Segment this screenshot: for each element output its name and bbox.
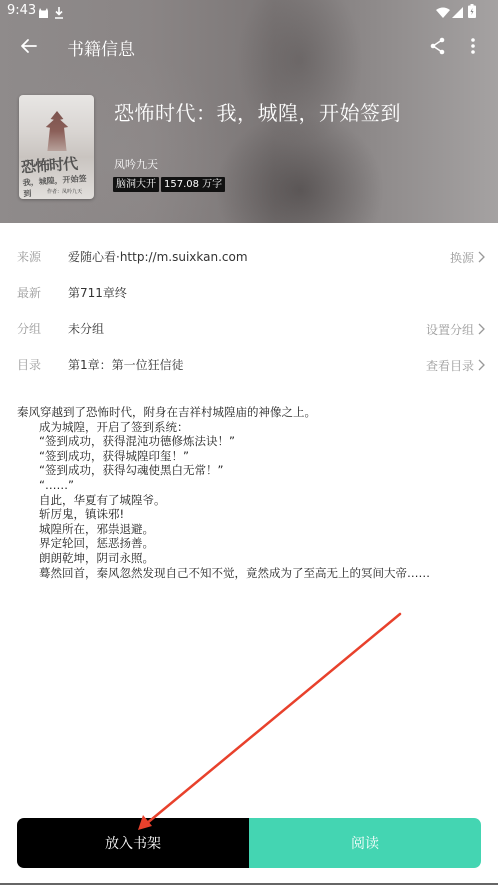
intro-line: 朗朗乾坤，阴司永照。 bbox=[17, 551, 487, 566]
book-tags: 脑洞大开 157.08 万字 bbox=[113, 177, 225, 192]
wifi-icon bbox=[436, 4, 450, 23]
intro-line: 秦风穿越到了恐怖时代，附身在吉祥村城隍庙的神像之上。 bbox=[17, 405, 487, 420]
intro-line: “签到成功，获得勾魂使黑白无常！” bbox=[17, 463, 487, 478]
info-value: 第1章：第一位狂信徒 bbox=[68, 356, 184, 373]
book-title: 恐怖时代：我，城隍，开始签到 bbox=[114, 97, 401, 126]
intro-line: 斩厉鬼，镇诛邪! bbox=[17, 507, 487, 522]
intro-line: 城隍所在，邪祟退避。 bbox=[17, 522, 487, 537]
add-to-bookshelf-button[interactable]: 放入书架 bbox=[17, 818, 249, 868]
cover-author-art: 作者：凤吟九天 bbox=[47, 188, 82, 195]
info-row-toc[interactable]: 目录 第1章：第一位狂信徒 查看目录 bbox=[0, 346, 498, 382]
more-options-button[interactable] bbox=[463, 36, 483, 56]
status-bar: 9:43 bbox=[0, 0, 498, 22]
info-label: 来源 bbox=[17, 248, 41, 265]
chevron-right-icon bbox=[477, 251, 485, 263]
info-value: 爱随心看·http://m.suixkan.com bbox=[68, 248, 248, 265]
arrow-left-icon bbox=[16, 34, 42, 58]
intro-line: 界定轮回，惩恶扬善。 bbox=[17, 536, 487, 551]
info-label: 目录 bbox=[17, 356, 41, 373]
bottom-action-bar: 放入书架 阅读 bbox=[17, 818, 481, 868]
info-row-latest: 最新 第711章终 bbox=[0, 274, 498, 310]
info-label: 分组 bbox=[17, 320, 41, 337]
more-vertical-icon bbox=[463, 36, 483, 56]
intro-line: “签到成功，获得城隍印玺！” bbox=[17, 449, 487, 464]
tag-word-count: 157.08 万字 bbox=[161, 177, 225, 192]
android-notification-icon bbox=[38, 4, 49, 23]
app-toolbar: 书籍信息 bbox=[0, 22, 498, 70]
info-value: 未分组 bbox=[68, 320, 104, 337]
tag-category: 脑洞大开 bbox=[113, 177, 159, 192]
intro-line: “签到成功，获得混沌功德修炼法诀！” bbox=[17, 434, 487, 449]
info-row-group[interactable]: 分组 未分组 设置分组 bbox=[0, 310, 498, 346]
signal-icon bbox=[452, 4, 463, 23]
view-toc-button[interactable]: 查看目录 bbox=[426, 357, 474, 374]
cover-subtitle-art: 我，城隍，开始签到 bbox=[22, 173, 94, 199]
intro-line: “……” bbox=[17, 478, 487, 493]
book-author[interactable]: 凤吟九天 bbox=[114, 156, 158, 172]
status-time: 9:43 bbox=[7, 3, 36, 18]
intro-line: 成为城隍，开启了签到系统： bbox=[17, 420, 487, 435]
chevron-right-icon bbox=[477, 323, 485, 335]
info-value: 第711章终 bbox=[68, 284, 127, 301]
info-row-source[interactable]: 来源 爱随心看·http://m.suixkan.com 换源 bbox=[0, 238, 498, 274]
share-icon bbox=[428, 36, 448, 56]
page-title: 书籍信息 bbox=[67, 35, 135, 60]
battery-charging-icon bbox=[468, 3, 476, 22]
back-button[interactable] bbox=[16, 34, 42, 58]
info-label: 最新 bbox=[17, 284, 41, 301]
set-group-button[interactable]: 设置分组 bbox=[426, 321, 474, 338]
intro-line: 自此，华夏有了城隍爷。 bbox=[17, 493, 487, 508]
book-info-list: 来源 爱随心看·http://m.suixkan.com 换源 最新 第711章… bbox=[0, 238, 498, 382]
share-button[interactable] bbox=[428, 36, 448, 56]
book-introduction: 秦风穿越到了恐怖时代，附身在吉祥村城隍庙的神像之上。 成为城隍，开启了签到系统：… bbox=[17, 405, 487, 580]
chevron-right-icon bbox=[477, 359, 485, 371]
intro-line: 蓦然回首，秦风忽然发现自己不知不觉，竟然成为了至高无上的冥间大帝…… bbox=[17, 566, 487, 581]
change-source-button[interactable]: 换源 bbox=[450, 249, 474, 266]
download-icon bbox=[54, 4, 64, 23]
read-button[interactable]: 阅读 bbox=[249, 818, 481, 868]
book-cover[interactable]: 恐怖时代 我，城隍，开始签到 作者：凤吟九天 bbox=[19, 95, 94, 199]
cover-pavilion-art bbox=[41, 111, 73, 151]
